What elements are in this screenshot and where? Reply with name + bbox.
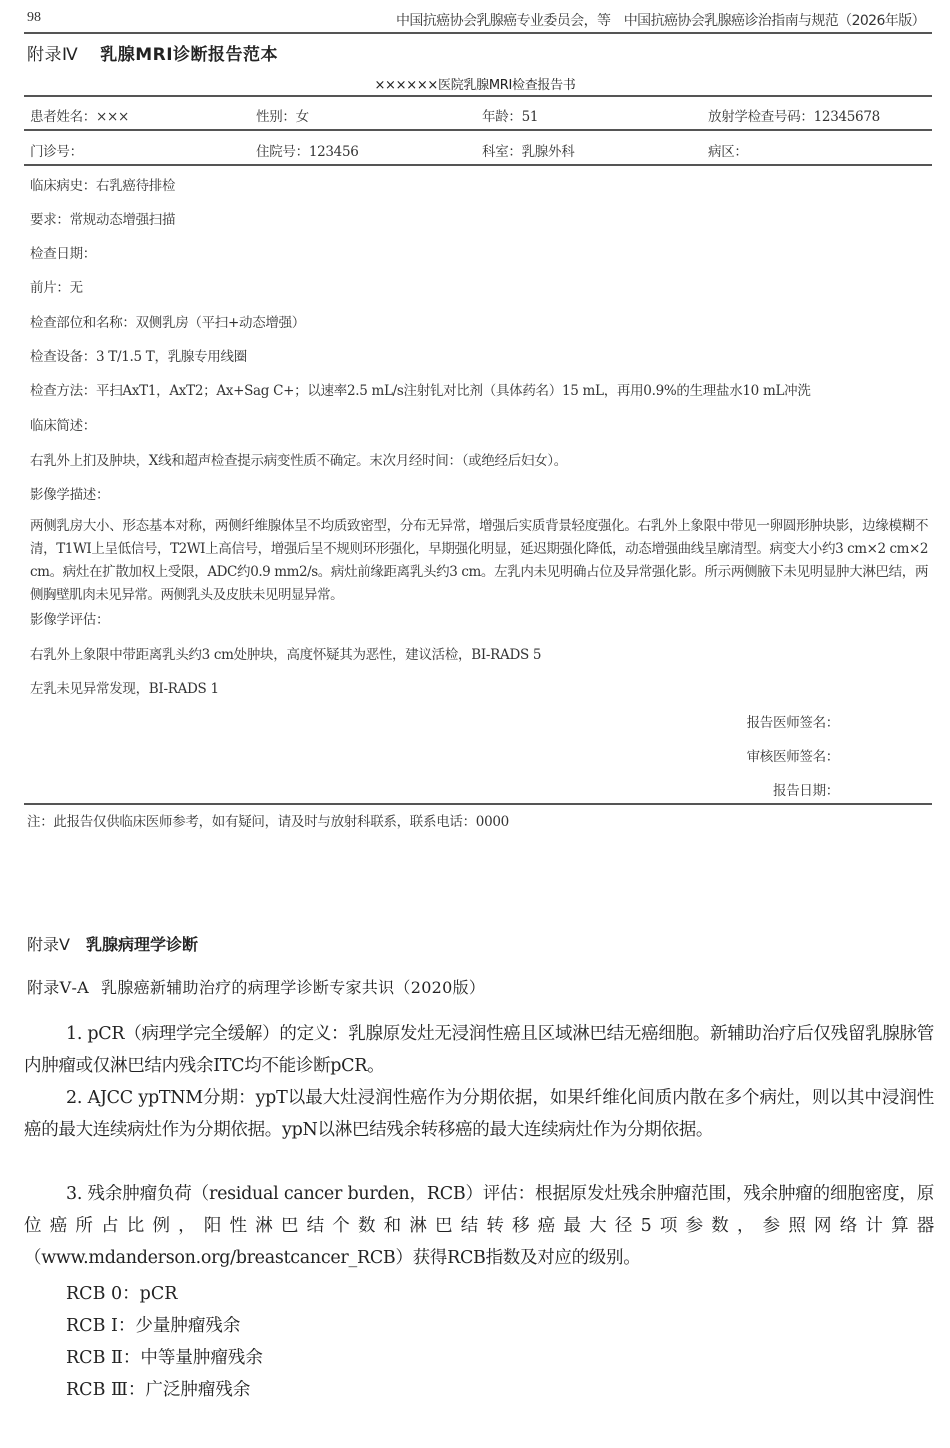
report-note: 注：此报告仅供临床医师参考，如有疑问，请及时与放射科联系，联系电话：0000: [27, 810, 509, 830]
paragraph-pcr-definition: 1. pCR（病理学完全缓解）的定义：乳腺原发灶无浸润性癌且区域淋巴结无癌细胞。…: [24, 1018, 934, 1082]
imaging-description: 两侧乳房大小、形态基本对称，两侧纤维腺体呈不均质致密型，分布无异常，增强后实质背…: [30, 515, 928, 607]
rcb-level-0: RCB 0：pCR: [66, 1280, 177, 1305]
appendix5-number: 附录Ⅴ: [27, 935, 70, 954]
clinical-summary: 右乳外上扪及肿块，X线和超声检查提示病变性质不确定。末次月经时间：（或绝经后妇女…: [30, 449, 567, 469]
outpatient-number-field: 门诊号：: [30, 140, 83, 160]
imaging-description-label: 影像学描述：: [30, 483, 109, 503]
reviewing-physician-signature: 审核医师签名：: [747, 745, 839, 765]
table-bottom-rule: [24, 803, 932, 805]
rcb-level-3: RCB Ⅲ：广泛肿瘤残余: [66, 1376, 250, 1401]
appendix4-heading: 附录Ⅳ乳腺MRI诊断报告范本: [27, 40, 278, 65]
paragraph-rcb-assessment: 3. 残余肿瘤负荷（residual cancer burden，RCB）评估：…: [24, 1178, 934, 1274]
header-rule: [24, 32, 932, 34]
appendix5-title: 乳腺病理学诊断: [86, 935, 198, 954]
exam-method: 检查方法：平扫AxT1，AxT2；Ax+Sag C+；以速率2.5 mL/s注射…: [30, 379, 811, 399]
imaging-assessment-label: 影像学评估：: [30, 608, 109, 628]
appendix4-number: 附录Ⅳ: [27, 45, 78, 65]
appendix5a-number: 附录Ⅴ-A: [27, 978, 89, 997]
assessment-right: 右乳外上象限中带距离乳头约3 cm处肿块，高度怀疑其为恶性，建议活检，BI-RA…: [30, 643, 541, 663]
exam-site: 检查部位和名称：双侧乳房（平扫+动态增强）: [30, 311, 305, 331]
appendix4-title: 乳腺MRI诊断报告范本: [100, 45, 278, 65]
running-head: 中国抗癌协会乳腺癌专业委员会，等 中国抗癌协会乳腺癌诊治指南与规范（2026年版…: [396, 10, 925, 30]
patient-name-field: 患者姓名：×××: [30, 105, 129, 125]
exam-date: 检查日期：: [30, 242, 96, 262]
assessment-left: 左乳未见异常发现，BI-RADS 1: [30, 677, 219, 697]
exam-equipment: 检查设备：3 T/1.5 T，乳腺专用线圈: [30, 345, 247, 365]
paragraph-ajcc-staging: 2. AJCC ypTNM分期：ypT以最大灶浸润性癌作为分期依据，如果纤维化间…: [24, 1082, 934, 1146]
exam-request: 要求：常规动态增强扫描: [30, 208, 175, 228]
age-field: 年龄：51: [482, 105, 538, 125]
radiology-number-field: 放射学检查号码：12345678: [708, 105, 880, 125]
page-number: 98: [27, 10, 41, 26]
clinical-summary-label: 临床简述：: [30, 414, 96, 434]
reporting-physician-signature: 报告医师签名：: [747, 711, 839, 731]
prior-films: 前片：无: [30, 276, 83, 296]
appendix5-heading: 附录Ⅴ乳腺病理学诊断: [27, 932, 198, 955]
department-field: 科室：乳腺外科: [482, 140, 574, 160]
inpatient-number-field: 住院号：123456: [256, 140, 359, 160]
rcb-level-2: RCB Ⅱ：中等量肿瘤残余: [66, 1344, 263, 1369]
table-mid-rule: [24, 129, 932, 131]
appendix5a-title: 乳腺癌新辅助治疗的病理学诊断专家共识（2020版）: [101, 978, 485, 997]
rcb-level-1: RCB Ⅰ：少量肿瘤残余: [66, 1312, 240, 1337]
appendix5a-heading: 附录Ⅴ-A乳腺癌新辅助治疗的病理学诊断专家共识（2020版）: [27, 975, 485, 998]
table-info-bottom-rule: [24, 164, 932, 166]
report-date: 报告日期：: [773, 779, 839, 799]
clinical-history: 临床病史：右乳癌待排检: [30, 174, 175, 194]
ward-field: 病区：: [708, 140, 748, 160]
report-title: ××××××医院乳腺MRI检查报告书: [0, 74, 950, 93]
sex-field: 性别：女: [256, 105, 309, 125]
table-top-rule: [24, 95, 932, 97]
